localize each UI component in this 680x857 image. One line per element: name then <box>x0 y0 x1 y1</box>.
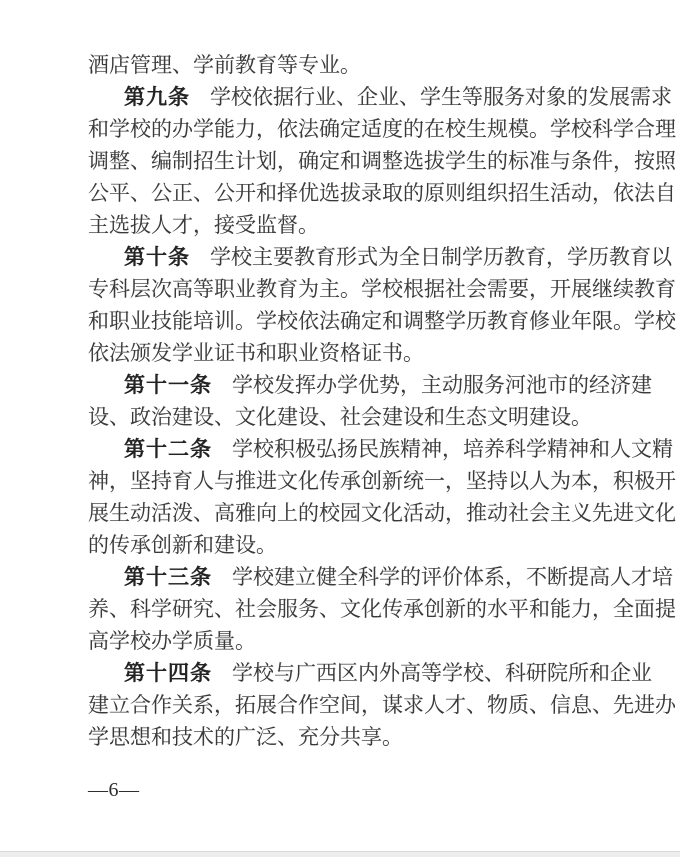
line-text: 展生动活泼、高雅向上的校园文化活动，推动社会主义先进文化 <box>88 501 676 525</box>
line-text: 酒店管理、学前教育等专业。 <box>88 53 361 77</box>
line-text: 依法颁发学业证书和职业资格证书。 <box>88 341 424 365</box>
document-line: 主选拔人才，接受监督。 <box>88 209 618 241</box>
line-text: 建立合作关系，拓展合作空间，谋求人才、物质、信息、先进办 <box>88 693 676 717</box>
document-line: 专科层次高等职业教育为主。学校根据社会需要，开展继续教育 <box>88 273 618 305</box>
line-text: 学校建立健全科学的评价体系，不断提高人才培 <box>232 565 673 589</box>
document-line: 第十二条学校积极弘扬民族精神，培养科学精神和人文精 <box>88 433 618 465</box>
line-text: 和学校的办学能力，依法确定适度的在校生规模。学校科学合理 <box>88 117 676 141</box>
page-number: —6— <box>88 777 140 803</box>
line-text: 高学校办学质量。 <box>88 629 256 653</box>
line-text: 神，坚持育人与推进文化传承创新统一，坚持以人为本，积极开 <box>88 469 676 493</box>
document-text-block: 酒店管理、学前教育等专业。 第九条学校依据行业、企业、学生等服务对象的发展需求 … <box>88 49 618 753</box>
article-number: 第十三条 <box>124 566 212 589</box>
document-line: 高学校办学质量。 <box>88 625 618 657</box>
page-bottom-edge <box>0 851 680 857</box>
article-number: 第九条 <box>124 86 190 109</box>
document-line: 第九条学校依据行业、企业、学生等服务对象的发展需求 <box>88 81 618 113</box>
line-text: 公平、公正、公开和择优选拔录取的原则组织招生活动，依法自 <box>88 181 676 205</box>
line-text: 的传承创新和建设。 <box>88 533 277 557</box>
document-line: 酒店管理、学前教育等专业。 <box>88 49 618 81</box>
line-text: 学校主要教育形式为全日制学历教育，学历教育以 <box>210 245 672 269</box>
document-line: 调整、编制招生计划，确定和调整选拔学生的标准与条件，按照 <box>88 145 618 177</box>
line-text: 主选拔人才，接受监督。 <box>88 213 319 237</box>
line-text: 设、政治建设、文化建设、社会建设和生态文明建设。 <box>88 405 592 429</box>
line-text: 调整、编制招生计划，确定和调整选拔学生的标准与条件，按照 <box>88 149 676 173</box>
document-line: 第十四条学校与广西区内外高等学校、科研院所和企业 <box>88 657 618 689</box>
line-text: 学校与广西区内外高等学校、科研院所和企业 <box>232 661 652 685</box>
line-text: 专科层次高等职业教育为主。学校根据社会需要，开展继续教育 <box>88 277 676 301</box>
document-line: 展生动活泼、高雅向上的校园文化活动，推动社会主义先进文化 <box>88 497 618 529</box>
document-line: 第十一条学校发挥办学优势，主动服务河池市的经济建 <box>88 369 618 401</box>
document-line: 养、科学研究、社会服务、文化传承创新的水平和能力，全面提 <box>88 593 618 625</box>
document-line: 第十三条学校建立健全科学的评价体系，不断提高人才培 <box>88 561 618 593</box>
line-text: 学思想和技术的广泛、充分共享。 <box>88 725 403 749</box>
document-line: 公平、公正、公开和择优选拔录取的原则组织招生活动，依法自 <box>88 177 618 209</box>
document-line: 和职业技能培训。学校依法确定和调整学历教育修业年限。学校 <box>88 305 618 337</box>
article-number: 第十一条 <box>124 374 212 397</box>
line-text: 学校发挥办学优势，主动服务河池市的经济建 <box>232 373 652 397</box>
document-line: 神，坚持育人与推进文化传承创新统一，坚持以人为本，积极开 <box>88 465 618 497</box>
article-number: 第十条 <box>124 246 190 269</box>
document-line: 依法颁发学业证书和职业资格证书。 <box>88 337 618 369</box>
document-line: 设、政治建设、文化建设、社会建设和生态文明建设。 <box>88 401 618 433</box>
article-number: 第十二条 <box>124 438 212 461</box>
line-text: 和职业技能培训。学校依法确定和调整学历教育修业年限。学校 <box>88 309 676 333</box>
line-text: 学校积极弘扬民族精神，培养科学精神和人文精 <box>232 437 673 461</box>
scanned-document-page: 酒店管理、学前教育等专业。 第九条学校依据行业、企业、学生等服务对象的发展需求 … <box>0 0 680 857</box>
document-line: 建立合作关系，拓展合作空间，谋求人才、物质、信息、先进办 <box>88 689 618 721</box>
document-line: 和学校的办学能力，依法确定适度的在校生规模。学校科学合理 <box>88 113 618 145</box>
line-text: 学校依据行业、企业、学生等服务对象的发展需求 <box>210 85 672 109</box>
document-line: 第十条学校主要教育形式为全日制学历教育，学历教育以 <box>88 241 618 273</box>
document-line: 的传承创新和建设。 <box>88 529 618 561</box>
document-line: 学思想和技术的广泛、充分共享。 <box>88 721 618 753</box>
line-text: 养、科学研究、社会服务、文化传承创新的水平和能力，全面提 <box>88 597 676 621</box>
article-number: 第十四条 <box>124 662 212 685</box>
